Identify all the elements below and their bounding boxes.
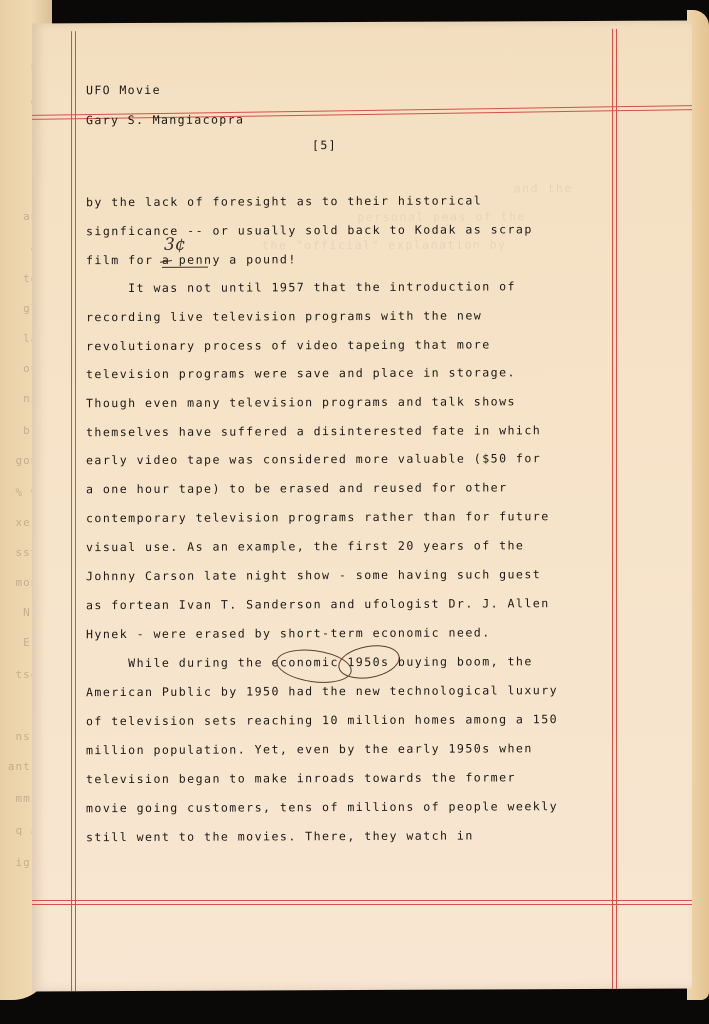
body-line: visual use. As an example, the first 20 … — [86, 538, 524, 554]
body-line: Hynek - were erased by short-term econom… — [86, 625, 491, 641]
document-author: Gary S. Mangiacopra — [86, 115, 244, 127]
bleed-through-text: the "official" explanation by — [262, 237, 506, 252]
body-line: American Public by 1950 had the new tech… — [86, 683, 558, 699]
body-line: early video tape was considered more val… — [86, 451, 541, 467]
body-line: television began to make inroads towards… — [86, 770, 516, 786]
body-line: a one hour tape) to be erased and reused… — [86, 480, 508, 496]
photo-scene: nu es ans os ten gle las oul nic blb gon… — [0, 0, 709, 1024]
document-title: UFO Movie — [86, 85, 161, 97]
right-margin-rule — [616, 29, 617, 989]
body-line: Though even many television programs and… — [86, 394, 516, 410]
body-line: It was not until 1957 that the introduct… — [86, 279, 516, 295]
handwritten-price-correction: 3¢ — [164, 235, 186, 255]
body-line: signficance -- or usually sold back to K… — [86, 222, 533, 238]
bottom-margin-rule — [32, 900, 692, 901]
underline-mark — [162, 267, 208, 268]
body-line: as fortean Ivan T. Sanderson and ufologi… — [86, 596, 550, 612]
body-line: million population. Yet, even by the ear… — [86, 741, 533, 757]
body-line: still went to the movies. There, they wa… — [86, 829, 474, 845]
body-line: Johnny Carson late night show - some hav… — [86, 567, 541, 583]
manuscript-page: and the personal peas of the the "offici… — [32, 21, 692, 992]
page-number: [5] — [312, 140, 337, 152]
body-line: recording live television programs with … — [86, 308, 482, 324]
body-line: by the lack of foresight as to their his… — [86, 193, 482, 209]
body-line: movie going customers, tens of millions … — [86, 799, 558, 815]
body-line: contemporary television programs rather … — [86, 509, 550, 525]
body-line: film for a penny a pound! — [86, 252, 297, 267]
body-line: television programs were save and place … — [86, 365, 516, 381]
left-margin-rule — [71, 31, 72, 991]
body-line: revolutionary process of video tapeing t… — [86, 337, 491, 353]
left-margin-rule — [75, 31, 76, 991]
right-margin-rule — [612, 29, 613, 989]
bottom-margin-rule — [32, 904, 692, 905]
body-line: of television sets reaching 10 million h… — [86, 712, 558, 728]
body-line: themselves have suffered a disinterested… — [86, 423, 541, 439]
